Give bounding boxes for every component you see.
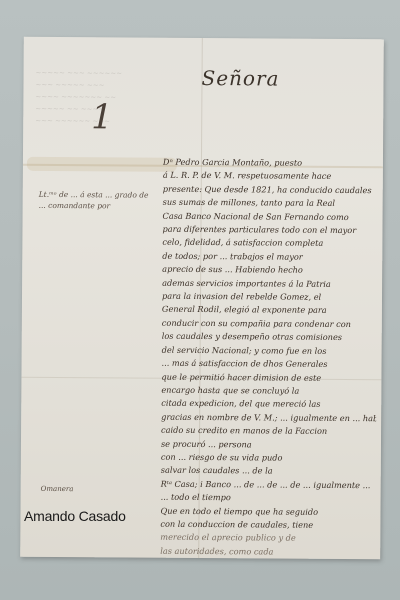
body-line: aprecio de sus ... Habiendo hecho	[162, 263, 377, 278]
margin-note: Lt.ᵐᵒ de ... á esta ... grado de ... com…	[39, 189, 149, 212]
manuscript-body: Dⁿ Pedro Garcia Montaño, puesto á L. R. …	[160, 156, 378, 560]
body-line: citada expedicion, del que mereció las	[161, 397, 376, 412]
manuscript-page: ~~~~~ ~~~ ~~~~~~~~~ ~~~~~ ~~~~~~~ ~~~~~~…	[20, 37, 384, 560]
body-line: sus sumas de millones, tanto para la Rea…	[163, 196, 378, 211]
body-line: que le permitió hacer dimision de este	[161, 370, 376, 385]
heading-text: Señora	[201, 66, 279, 91]
body-line: los caudales y desempeño otras comisione…	[162, 330, 377, 345]
body-line: caido su credito en manos de la Faccion	[161, 424, 376, 439]
body-line: á L. R. P. de V. M. respetuosamente hace	[163, 169, 378, 184]
body-line: salvar los caudales ... de la	[161, 464, 376, 479]
body-line: merecido el aprecio publico y de	[160, 531, 375, 546]
margin-note-lower: Omanera	[41, 485, 74, 493]
body-line: General Rodil, elegió al exponente para	[162, 303, 377, 318]
watermark-caption: Amando Casado	[24, 508, 126, 524]
body-line: ... mas á satisfaccion de dhos Generales	[161, 357, 376, 372]
body-line: ... todo el tiempo	[161, 491, 376, 506]
body-line: celo, fidelidad, á satisfaccion completa	[162, 236, 377, 251]
body-line: se procuró ... persona	[161, 437, 376, 452]
paper-stain	[27, 157, 177, 172]
document-heading: Señora	[201, 66, 279, 91]
body-line: las autoridades, como cada	[160, 544, 375, 559]
folio-number: 1	[91, 97, 113, 137]
